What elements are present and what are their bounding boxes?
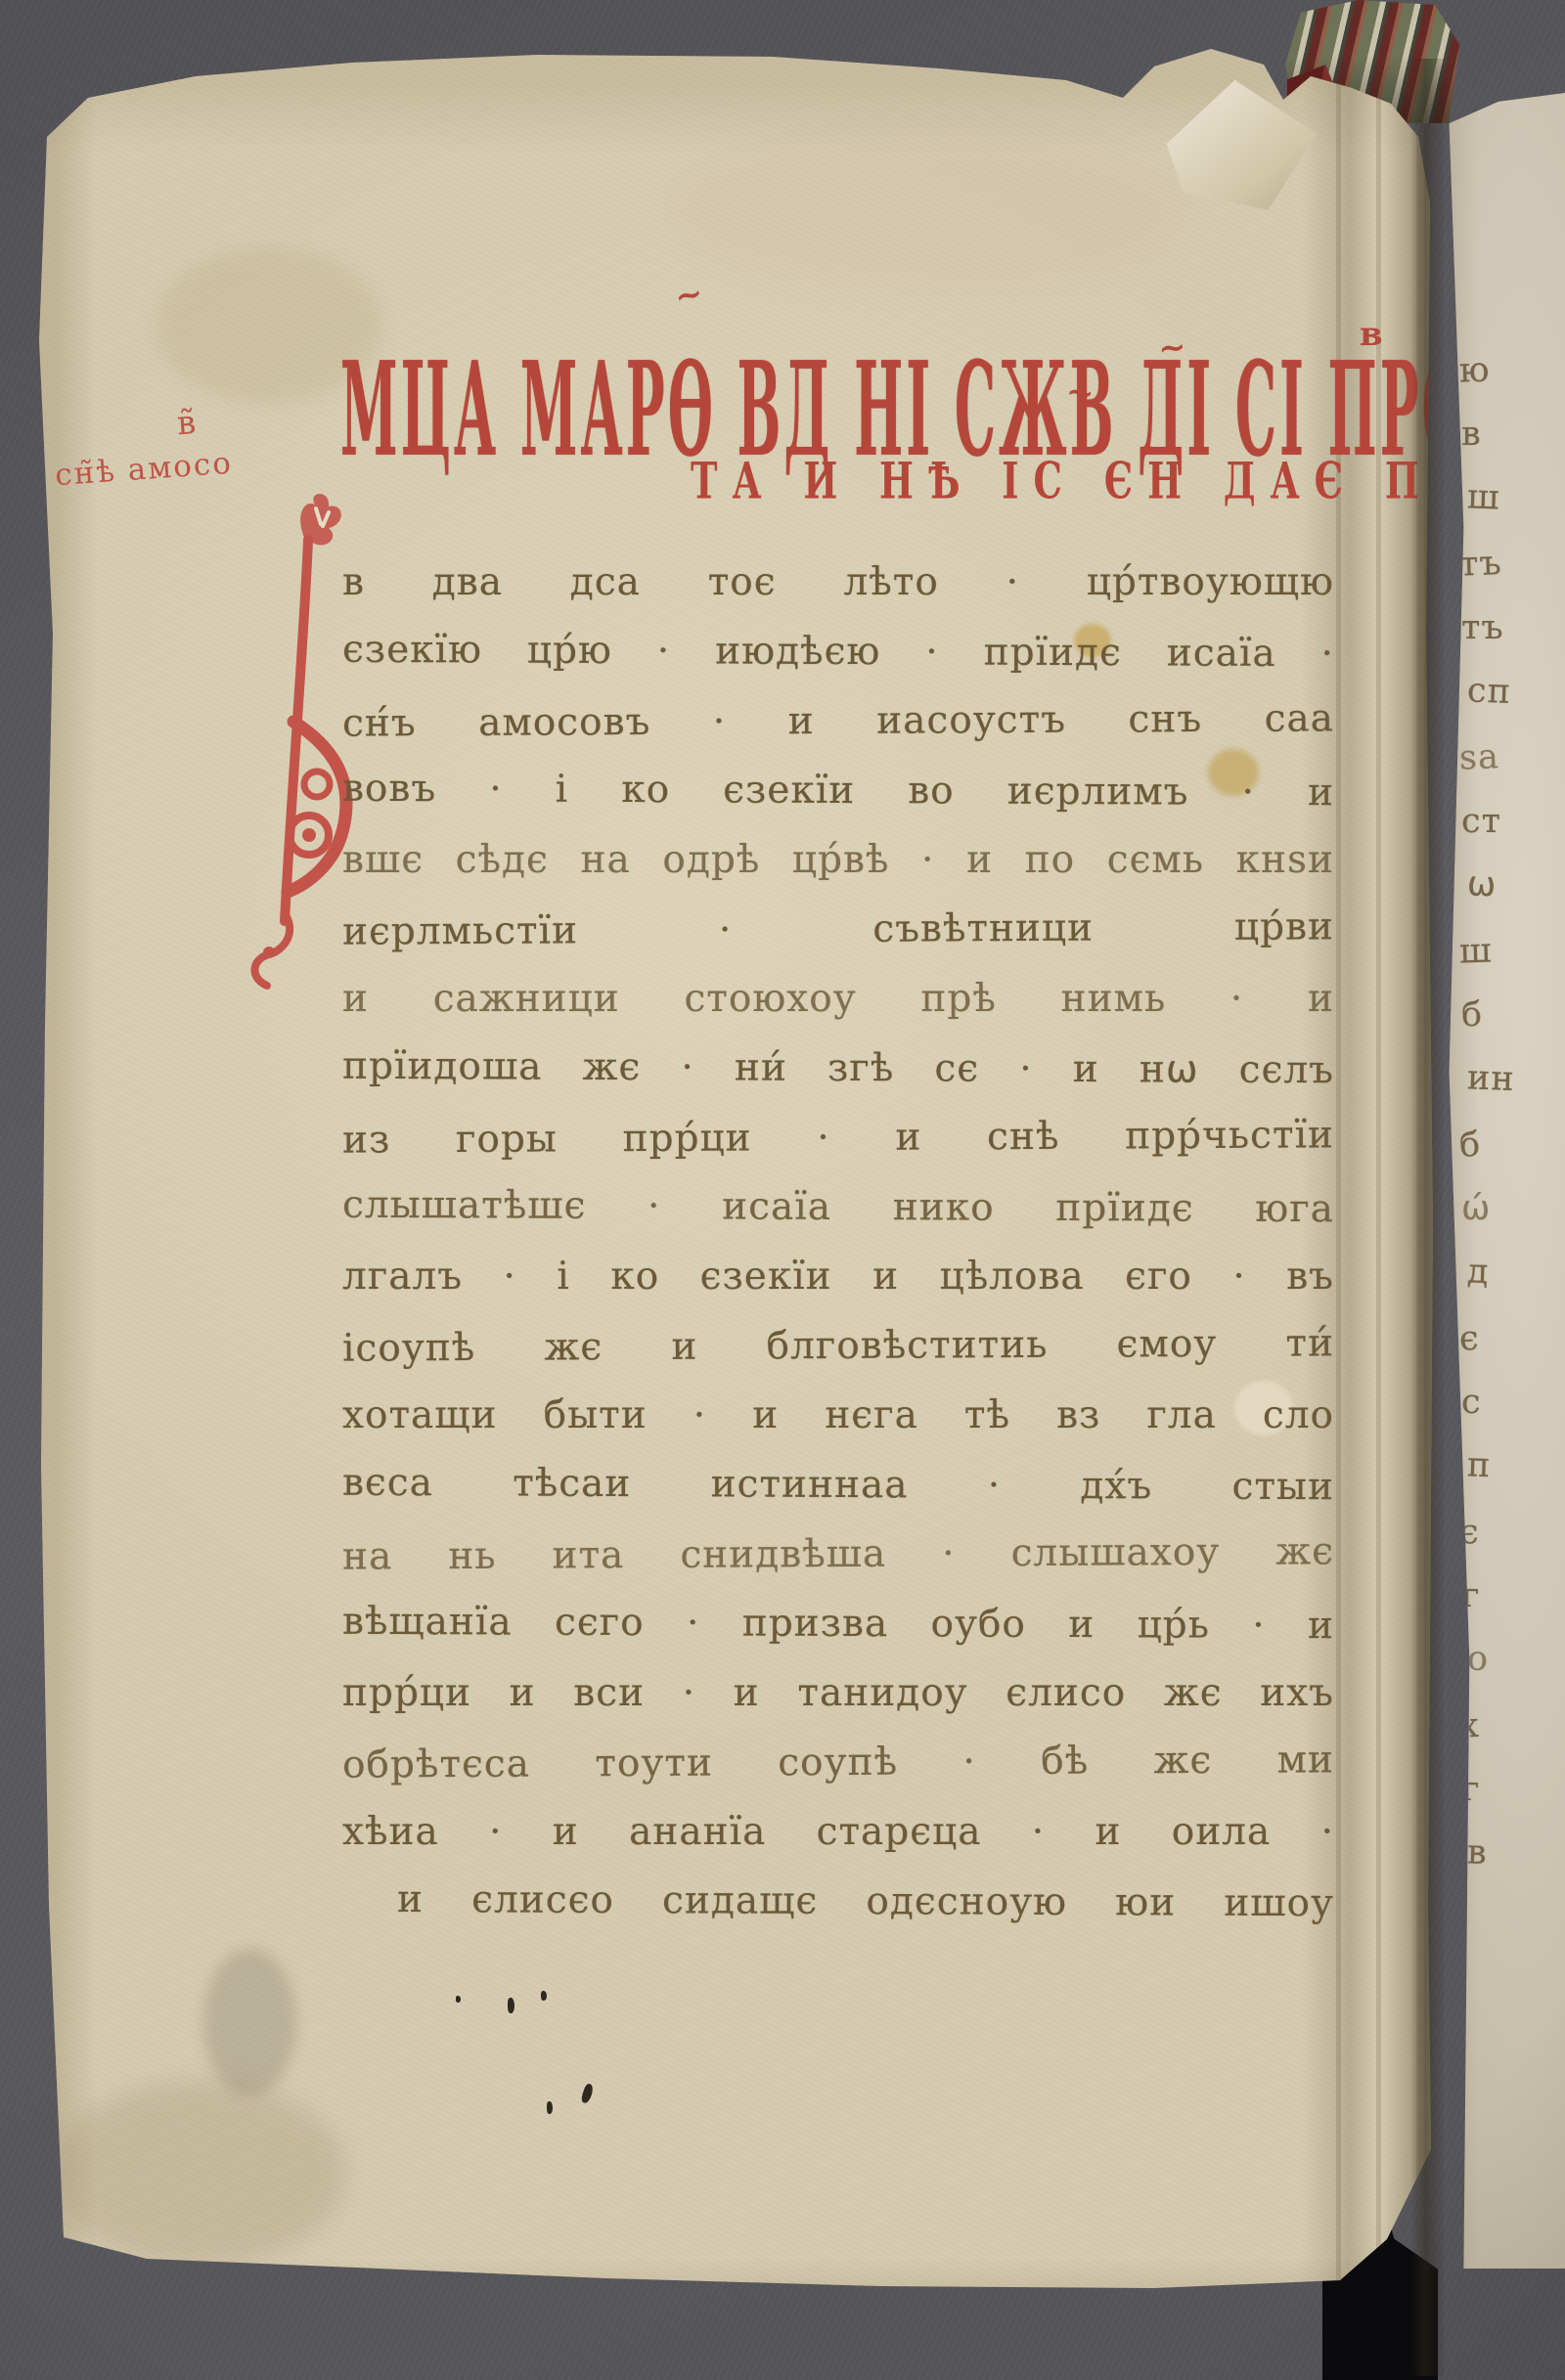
ink-speck: [541, 1991, 547, 2001]
ink-speck: [547, 2101, 553, 2114]
text-fragment: ѡ́: [1461, 1176, 1549, 1241]
text-line: слышатѣшє · исаїа нико прїидє юга: [342, 1170, 1334, 1244]
text-fragment: тъ: [1458, 529, 1548, 596]
rubric-diacritic: ~: [1063, 372, 1096, 415]
text-fragment: б: [1458, 1110, 1548, 1177]
text-fragment: с: [1461, 1370, 1549, 1434]
manuscript-page: МЦА МАРѲ ВД НІ СЖВ ДІ СІ ПРОКЪ ТА И НѢ І…: [29, 47, 1443, 2345]
text-line: сн́ъ амосовъ · и иасоустъ снъ саа: [342, 683, 1334, 758]
text-line: обрѣтєса тоути соупѣ · бѣ жє ми: [342, 1725, 1334, 1799]
rubric-title: МЦА МАРѲ ВД НІ СЖВ ДІ СІ ПРОКЪ ТА И НѢ І…: [340, 327, 1397, 551]
text-line: лгалъ · і ко єзекїи и цѣлова єго · въ: [342, 1242, 1334, 1311]
text-line: иєрлмьстїи · съвѣтници цр́ви: [342, 892, 1334, 966]
text-block: в два дса тоє лѣто · цр́твоующю єзекїю ц…: [342, 548, 1334, 1936]
text-line: хѣиа · и ананїа старєца · и оила ·: [342, 1797, 1334, 1867]
text-fragment: г: [1461, 1564, 1549, 1628]
text-fragment: в: [1461, 402, 1549, 466]
text-line: на нь ита снидвѣша · слышахоу жє: [342, 1517, 1334, 1591]
text-line: вѣщанїа сєго · призва оубо и цр́ь · и: [342, 1587, 1334, 1660]
margin-note-superscript: в̃: [176, 403, 198, 443]
rubric-diacritic: ~: [1156, 328, 1188, 370]
text-line: и єлисєо сидащє одєсноую юи ишоу: [342, 1865, 1334, 1938]
text-fragment: ю: [1458, 335, 1548, 403]
stain: [203, 1949, 296, 2095]
text-fragment: ш: [1466, 464, 1556, 532]
text-fragment: ѡ: [1466, 852, 1556, 919]
text-fragment: г: [1461, 1757, 1549, 1822]
text-fragment: є: [1458, 1497, 1548, 1565]
text-line: в два дса тоє лѣто · цр́твоующю: [342, 548, 1334, 617]
text-line: прр́ци и вси · и танидоу єлисо жє ихъ: [342, 1658, 1334, 1728]
manuscript-photo: { "scene": { "background_color": "#57565…: [0, 0, 1565, 2380]
text-fragment: ѕа: [1458, 723, 1548, 790]
text-fragment: о: [1466, 1626, 1556, 1694]
gutter-shadow: [1410, 59, 1444, 2376]
rubric-superscript: в: [1360, 315, 1383, 354]
adjacent-page-text-fragments: ю в ш тъ тъ сп ѕа ст ѡ ш б ин б ѡ́ д є с…: [1461, 337, 1549, 1886]
text-line: хотащи быти · и нєга тѣ вз гла сло: [342, 1381, 1334, 1450]
text-line: ісоупѣ жє и блговѣститиь ємоу ти́: [342, 1308, 1334, 1383]
text-line: єзекїю цр́ю · июдѣєю · прїидє исаїа ·: [342, 615, 1334, 688]
text-fragment: ст: [1461, 789, 1549, 854]
text-line: прїидоша жє · ни́ згѣ сє · и нѡ сєлъ: [342, 1032, 1334, 1105]
text-fragment: ш: [1458, 916, 1548, 984]
text-fragment: х: [1458, 1691, 1548, 1758]
text-fragment: п: [1466, 1432, 1556, 1500]
text-fragment: б: [1461, 983, 1549, 1047]
text-line: и сажници стоюхоу прѣ нимь · и: [342, 964, 1334, 1034]
text-line: из горы прр́ци · и снѣ прр́чьстїи: [342, 1100, 1334, 1174]
text-fragment: сп: [1466, 658, 1556, 726]
stain: [675, 140, 1184, 286]
text-fragment: в: [1466, 1820, 1556, 1887]
text-fragment: д: [1466, 1239, 1556, 1306]
text-fragment: тъ: [1461, 595, 1549, 660]
text-line: вшє сѣдє на одрѣ цр́вѣ · и по сємь кнѕи: [342, 825, 1334, 895]
ink-speck: [456, 1996, 461, 2003]
ink-speck: [508, 1998, 514, 2013]
text-line: вєса тѣсаи истиннаа · дх́ъ стыи: [342, 1448, 1334, 1521]
stain: [53, 2081, 346, 2267]
text-fragment: ин: [1466, 1045, 1556, 1113]
text-line: вовъ · і ко єзекїи во иєрлимъ · и: [342, 754, 1334, 827]
text-fragment: є: [1458, 1303, 1548, 1371]
